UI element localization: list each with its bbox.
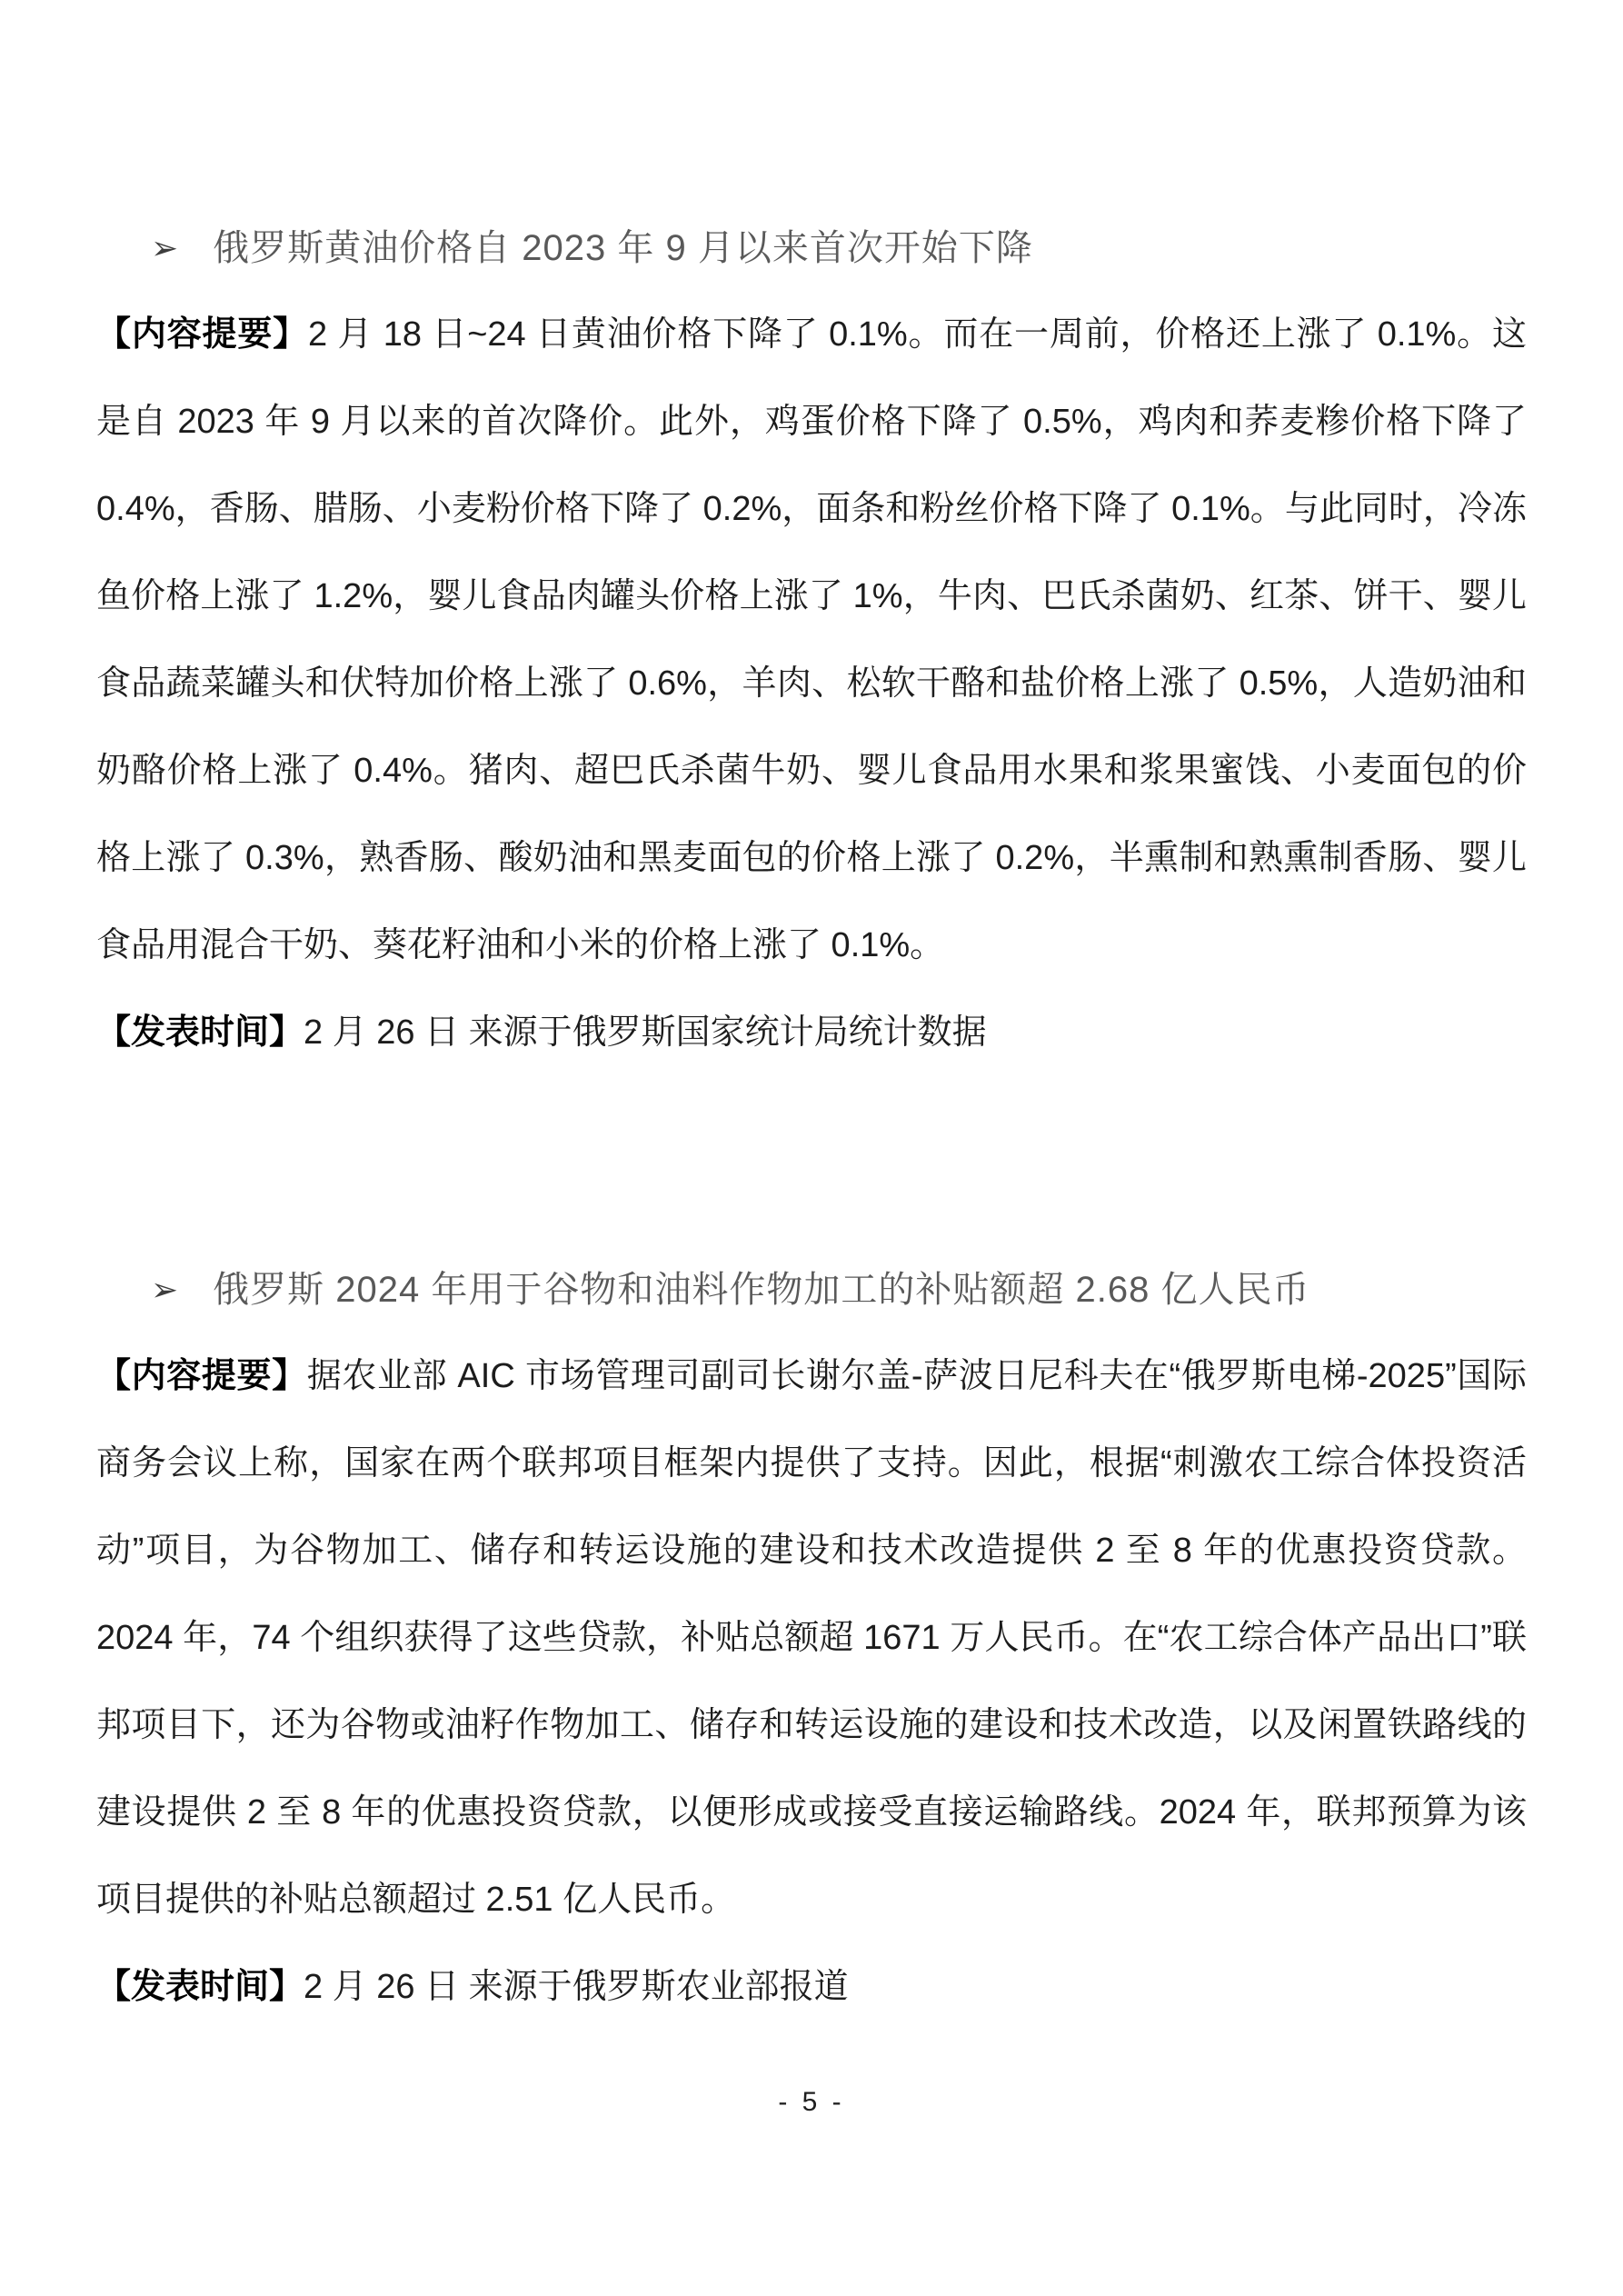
published-text: 2 月 26 日 来源于俄罗斯国家统计局统计数据 — [304, 1013, 987, 1052]
summary-paragraph: 【内容提要】2 月 18 日~24 日黄油价格下降了 0.1%。而在一周前，价格… — [96, 291, 1527, 989]
section-title: 俄罗斯 2024 年用于谷物和油料作物加工的补贴额超 2.68 亿人民币 — [213, 1263, 1309, 1316]
summary-paragraph: 【内容提要】据农业部 AIC 市场管理司副司长谢尔盖-萨波日尼科夫在“俄罗斯电梯… — [96, 1333, 1527, 1943]
arrow-bullet-icon: ➢ — [151, 1263, 178, 1316]
summary-label: 【内容提要】 — [96, 1357, 307, 1395]
summary-text: 2 月 18 日~24 日黄油价格下降了 0.1%。而在一周前，价格还上涨了 0… — [96, 315, 1527, 964]
published-text: 2 月 26 日 来源于俄罗斯农业部报道 — [304, 1968, 849, 2006]
arrow-bullet-icon: ➢ — [151, 222, 178, 275]
section-title: 俄罗斯黄油价格自 2023 年 9 月以来首次开始下降 — [213, 222, 1033, 275]
section-heading: ➢ 俄罗斯黄油价格自 2023 年 9 月以来首次开始下降 — [96, 222, 1527, 275]
published-label: 【发表时间】 — [96, 1968, 304, 2006]
summary-label: 【内容提要】 — [96, 315, 308, 354]
published-line: 【发表时间】2 月 26 日 来源于俄罗斯农业部报道 — [96, 1943, 1527, 2031]
page-number: - 5 - — [0, 2087, 1623, 2118]
document-page: ➢ 俄罗斯黄油价格自 2023 年 9 月以来首次开始下降 【内容提要】2 月 … — [0, 0, 1623, 2296]
news-section-grain-subsidies: ➢ 俄罗斯 2024 年用于谷物和油料作物加工的补贴额超 2.68 亿人民币 【… — [96, 1263, 1527, 2031]
summary-text: 据农业部 AIC 市场管理司副司长谢尔盖-萨波日尼科夫在“俄罗斯电梯-2025”… — [96, 1357, 1527, 1919]
section-heading: ➢ 俄罗斯 2024 年用于谷物和油料作物加工的补贴额超 2.68 亿人民币 — [96, 1263, 1527, 1316]
news-section-butter-prices: ➢ 俄罗斯黄油价格自 2023 年 9 月以来首次开始下降 【内容提要】2 月 … — [96, 222, 1527, 1076]
published-line: 【发表时间】2 月 26 日 来源于俄罗斯国家统计局统计数据 — [96, 989, 1527, 1076]
page-content: ➢ 俄罗斯黄油价格自 2023 年 9 月以来首次开始下降 【内容提要】2 月 … — [0, 0, 1623, 2031]
published-label: 【发表时间】 — [96, 1013, 304, 1052]
